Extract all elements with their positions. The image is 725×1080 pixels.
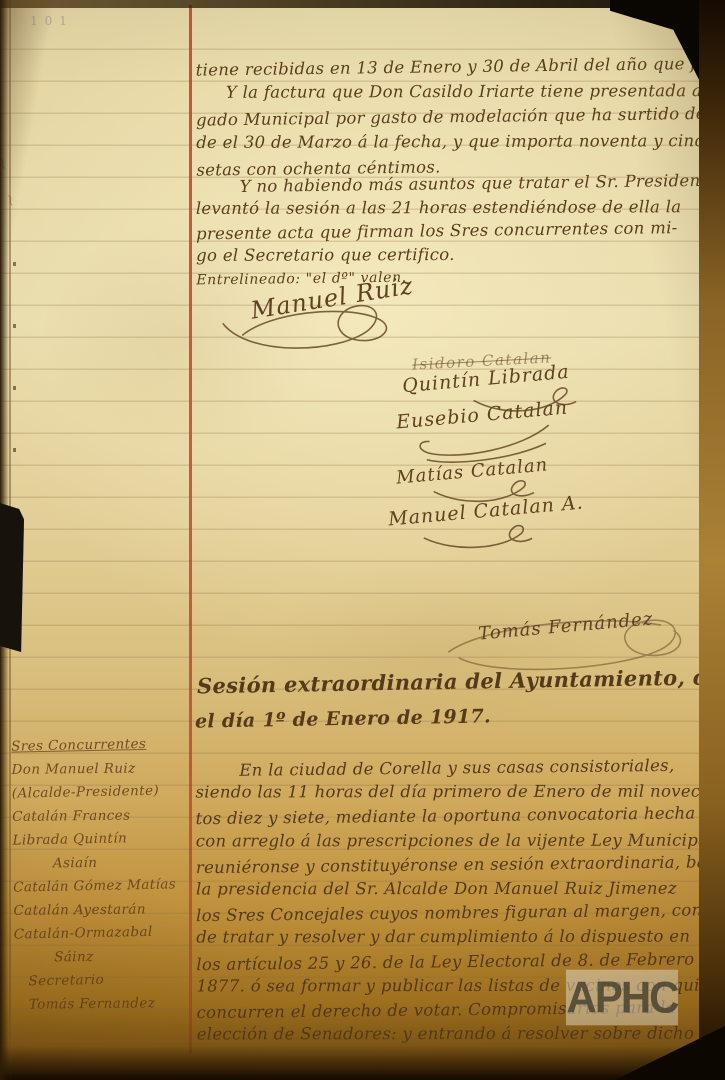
page-number-faint: 101 xyxy=(30,14,74,28)
attendees-title: Sres Concurrentes xyxy=(11,732,174,759)
attendee-name: Sáinz xyxy=(54,945,177,970)
attendee-name: Catalán Frances xyxy=(12,804,175,829)
manuscript-line: En la ciudad de Corella y sus casas cons… xyxy=(239,753,725,783)
closing-paragraph-2: Y no habiendo más asuntos que tratar el … xyxy=(196,170,719,291)
session-heading-line1: Sesión extraordinaria del Ayuntamiento, … xyxy=(197,663,725,699)
manuscript-line: Y no habiendo más asuntos que tratar el … xyxy=(240,169,718,199)
stitch-dots xyxy=(13,262,16,532)
attendee-name: Don Manuel Ruiz xyxy=(11,757,174,782)
manuscript-line: con arreglo á las prescripciones de la v… xyxy=(196,828,725,853)
attendee-name: Catalán Gómez Matías xyxy=(13,873,176,900)
manuscript-line: elección de Senadores: y entrando á reso… xyxy=(197,1022,725,1047)
manuscript-line: de tratar y resolver y dar cumplimiento … xyxy=(196,925,725,950)
manuscript-line: la presidencia del Sr. Alcalde Don Manue… xyxy=(196,877,725,902)
attendee-name: Catalán Ayestarán xyxy=(13,898,176,923)
manuscript-line: reuniéronse y constituyéronse en sesión … xyxy=(196,850,725,881)
manuscript-line: tos diez y siete, mediante la oportuna c… xyxy=(195,801,725,832)
manuscript-page-photo: 101 ~ ~ ~ tiene recibidas en 13 de Enero… xyxy=(0,0,725,1080)
closing-paragraph-1: tiene recibidas en 13 de Enero y 30 de A… xyxy=(196,52,725,181)
signature-eusebio-catalan: Eusebio Catalan xyxy=(395,397,569,434)
red-margin-line xyxy=(189,5,192,1053)
aphc-watermark: APHC xyxy=(566,970,678,1026)
book-right-edge-shadow xyxy=(699,0,725,1080)
signature-matias-catalan: Matías Catalan xyxy=(395,454,549,488)
attendee-name: Asiaín xyxy=(53,851,176,876)
attendee-role: (Alcalde-Presidente) xyxy=(12,779,175,806)
margin-attendees-list: Sres Concurrentes Don Manuel Ruiz (Alcal… xyxy=(11,733,178,1017)
attendee-name: Librada Quintín xyxy=(12,826,175,853)
signature-manuel-catalan-a: Manuel Catalan A. xyxy=(387,492,584,531)
attendee-name: Catalán-Ormazabal xyxy=(14,920,177,947)
attendee-role: Secretario xyxy=(28,967,177,993)
attendee-name: Tomás Fernandez xyxy=(29,992,178,1017)
session-heading-line2: el día 1º de Enero de 1917. xyxy=(195,705,491,732)
page-bottom-edge-shadow xyxy=(0,1046,725,1080)
signature-tomas-fernandez: Tomás Fernández xyxy=(477,608,654,644)
black-bookmark-tab xyxy=(0,503,24,652)
